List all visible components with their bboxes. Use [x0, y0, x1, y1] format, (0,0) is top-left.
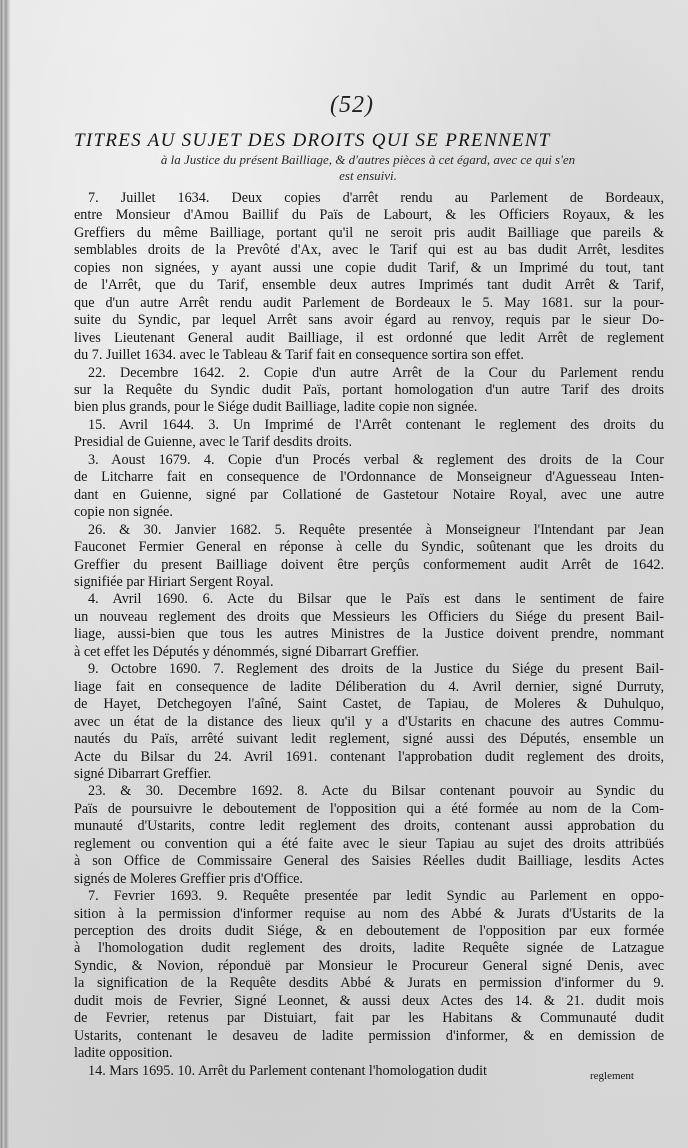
- text-line: liage, aussi-bien que tous les autres Mi…: [74, 626, 664, 643]
- text-line: copies non signées, y ayant aussi une co…: [74, 260, 664, 277]
- text-line: la signification de la Requête desdits A…: [74, 975, 664, 992]
- text-line: copie non signée.: [74, 504, 664, 521]
- text-line: dudit mois de Fevrier, Signé Leonnet, & …: [74, 993, 664, 1010]
- text-line: du 7. Juillet 1634. avec le Tableau & Ta…: [74, 347, 664, 364]
- text-line: nautés du Païs, arrêté suivant ledit reg…: [74, 731, 664, 748]
- text-line: 26. & 30. Janvier 1682. 5. Requête prese…: [74, 522, 664, 539]
- text-line: à cet effet les Députés y dénommés, sign…: [74, 644, 664, 661]
- text-line: 22. Decembre 1642. 2. Copie d'un autre A…: [74, 365, 664, 382]
- text-line: 23. & 30. Decembre 1692. 8. Acte du Bils…: [74, 783, 664, 800]
- text-line: 3. Aoust 1679. 4. Copie d'un Procés verb…: [74, 452, 664, 469]
- text-line: munauté d'Ustarits, contre ledit regleme…: [74, 818, 664, 835]
- text-line: Syndic, & Novion, réponduë par Monsieur …: [74, 958, 664, 975]
- text-line: de l'Arrêt, que du Tarif, ensemble deux …: [74, 277, 664, 294]
- text-line: signé Dibarrart Greffier.: [74, 766, 664, 783]
- text-line: signifiée par Hiriart Sergent Royal.: [74, 574, 664, 591]
- text-line: Fauconet Fermier General en réponse à ce…: [74, 539, 664, 556]
- document-entry: 14. Mars 1695. 10. Arrêt du Parlement co…: [74, 1063, 664, 1080]
- text-line: un nouveau reglement des droits que Mess…: [74, 609, 664, 626]
- text-line: Greffier du present Bailliage doivent êt…: [74, 557, 664, 574]
- document-entry: 15. Avril 1644. 3. Un Imprimé de l'Arrêt…: [74, 417, 664, 452]
- document-entry: 9. Octobre 1690. 7. Reglement des droits…: [74, 661, 664, 783]
- text-line: sition à la permission d'informer requis…: [74, 906, 664, 923]
- document-entry: 7. Fevrier 1693. 9. Requête presentée pa…: [74, 888, 664, 1063]
- text-line: signés de Moleres Greffier pris d'Office…: [74, 871, 664, 888]
- document-entry: 4. Avril 1690. 6. Acte du Bilsar que le …: [74, 591, 664, 661]
- text-line: Greffiers du même Bailliage, portant qu'…: [74, 225, 664, 242]
- text-line: liage fait en consequence de ladite Déli…: [74, 679, 664, 696]
- document-entry: 22. Decembre 1642. 2. Copie d'un autre A…: [74, 365, 664, 417]
- text-line: Presidial de Guienne, avec le Tarif desd…: [74, 434, 664, 451]
- text-line: de Litcharre fait en consequence de l'Or…: [74, 469, 664, 486]
- text-line: 14. Mars 1695. 10. Arrêt du Parlement co…: [74, 1063, 664, 1080]
- text-line: 4. Avril 1690. 6. Acte du Bilsar que le …: [74, 591, 664, 608]
- text-line: Ustarits, contenant le desaveu de ladite…: [74, 1028, 664, 1045]
- document-entry: 7. Juillet 1634. Deux copies d'arrêt ren…: [74, 190, 664, 365]
- document-entry: 3. Aoust 1679. 4. Copie d'un Procés verb…: [74, 452, 664, 522]
- text-line: ladite opposition.: [74, 1045, 664, 1062]
- text-line: 7. Fevrier 1693. 9. Requête presentée pa…: [74, 888, 664, 905]
- text-line: 7. Juillet 1634. Deux copies d'arrêt ren…: [74, 190, 664, 207]
- document-entry: 26. & 30. Janvier 1682. 5. Requête prese…: [74, 522, 664, 592]
- text-line: avec un état de la distance des lieux qu…: [74, 714, 664, 731]
- text-line: Acte du Bilsar du 24. Avril 1691. conten…: [74, 749, 664, 766]
- text-line: 15. Avril 1644. 3. Un Imprimé de l'Arrêt…: [74, 417, 664, 434]
- text-line: à son Office de Commissaire General des …: [74, 853, 664, 870]
- text-line: dant en Guienne, signé par Collationé de…: [74, 487, 664, 504]
- document-body: 7. Juillet 1634. Deux copies d'arrêt ren…: [74, 190, 664, 1080]
- text-line: reglement ou convention qui a été faite …: [74, 836, 664, 853]
- document-entry: 23. & 30. Decembre 1692. 8. Acte du Bils…: [74, 783, 664, 888]
- text-line: de Hayet, Detchegoyen l'aîné, Saint Cast…: [74, 696, 664, 713]
- page-title: TITRES AU SUJET DES DROITS QUI SE PRENNE…: [74, 130, 654, 152]
- subtitle-line: à la Justice du présent Bailliage, & d'a…: [78, 152, 658, 168]
- text-line: perception des droits dudit Siége, & en …: [74, 923, 664, 940]
- text-line: semblables droits de la Prevôté d'Ax, av…: [74, 242, 664, 259]
- text-line: Païs de poursuivre le deboutement de l'o…: [74, 801, 664, 818]
- page-binding-edge: [0, 0, 10, 1148]
- document-page: (52) TITRES AU SUJET DES DROITS QUI SE P…: [0, 0, 688, 1148]
- text-line: à l'homologation dudit reglement des dro…: [74, 940, 664, 957]
- text-line: que d'un autre Arrêt rendu audit Parleme…: [74, 295, 664, 312]
- text-line: sur la Requête du Syndic dudit Païs, por…: [74, 382, 664, 399]
- catchword: reglement: [590, 1070, 634, 1082]
- text-line: suite du Syndic, par lequel Arrêt sans a…: [74, 312, 664, 329]
- handwritten-subtitle: à la Justice du présent Bailliage, & d'a…: [78, 152, 658, 184]
- subtitle-line: est ensuivi.: [78, 168, 658, 184]
- text-line: bien plus grands, pour le Siége dudit Ba…: [74, 399, 664, 416]
- page-number: (52): [330, 92, 374, 119]
- text-line: lives Lieutenant General audit Bailliage…: [74, 330, 664, 347]
- text-line: entre Monsieur d'Amou Baillif du Païs de…: [74, 207, 664, 224]
- text-line: de Fevrier, retenus par Distuiart, fait …: [74, 1010, 664, 1027]
- text-line: 9. Octobre 1690. 7. Reglement des droits…: [74, 661, 664, 678]
